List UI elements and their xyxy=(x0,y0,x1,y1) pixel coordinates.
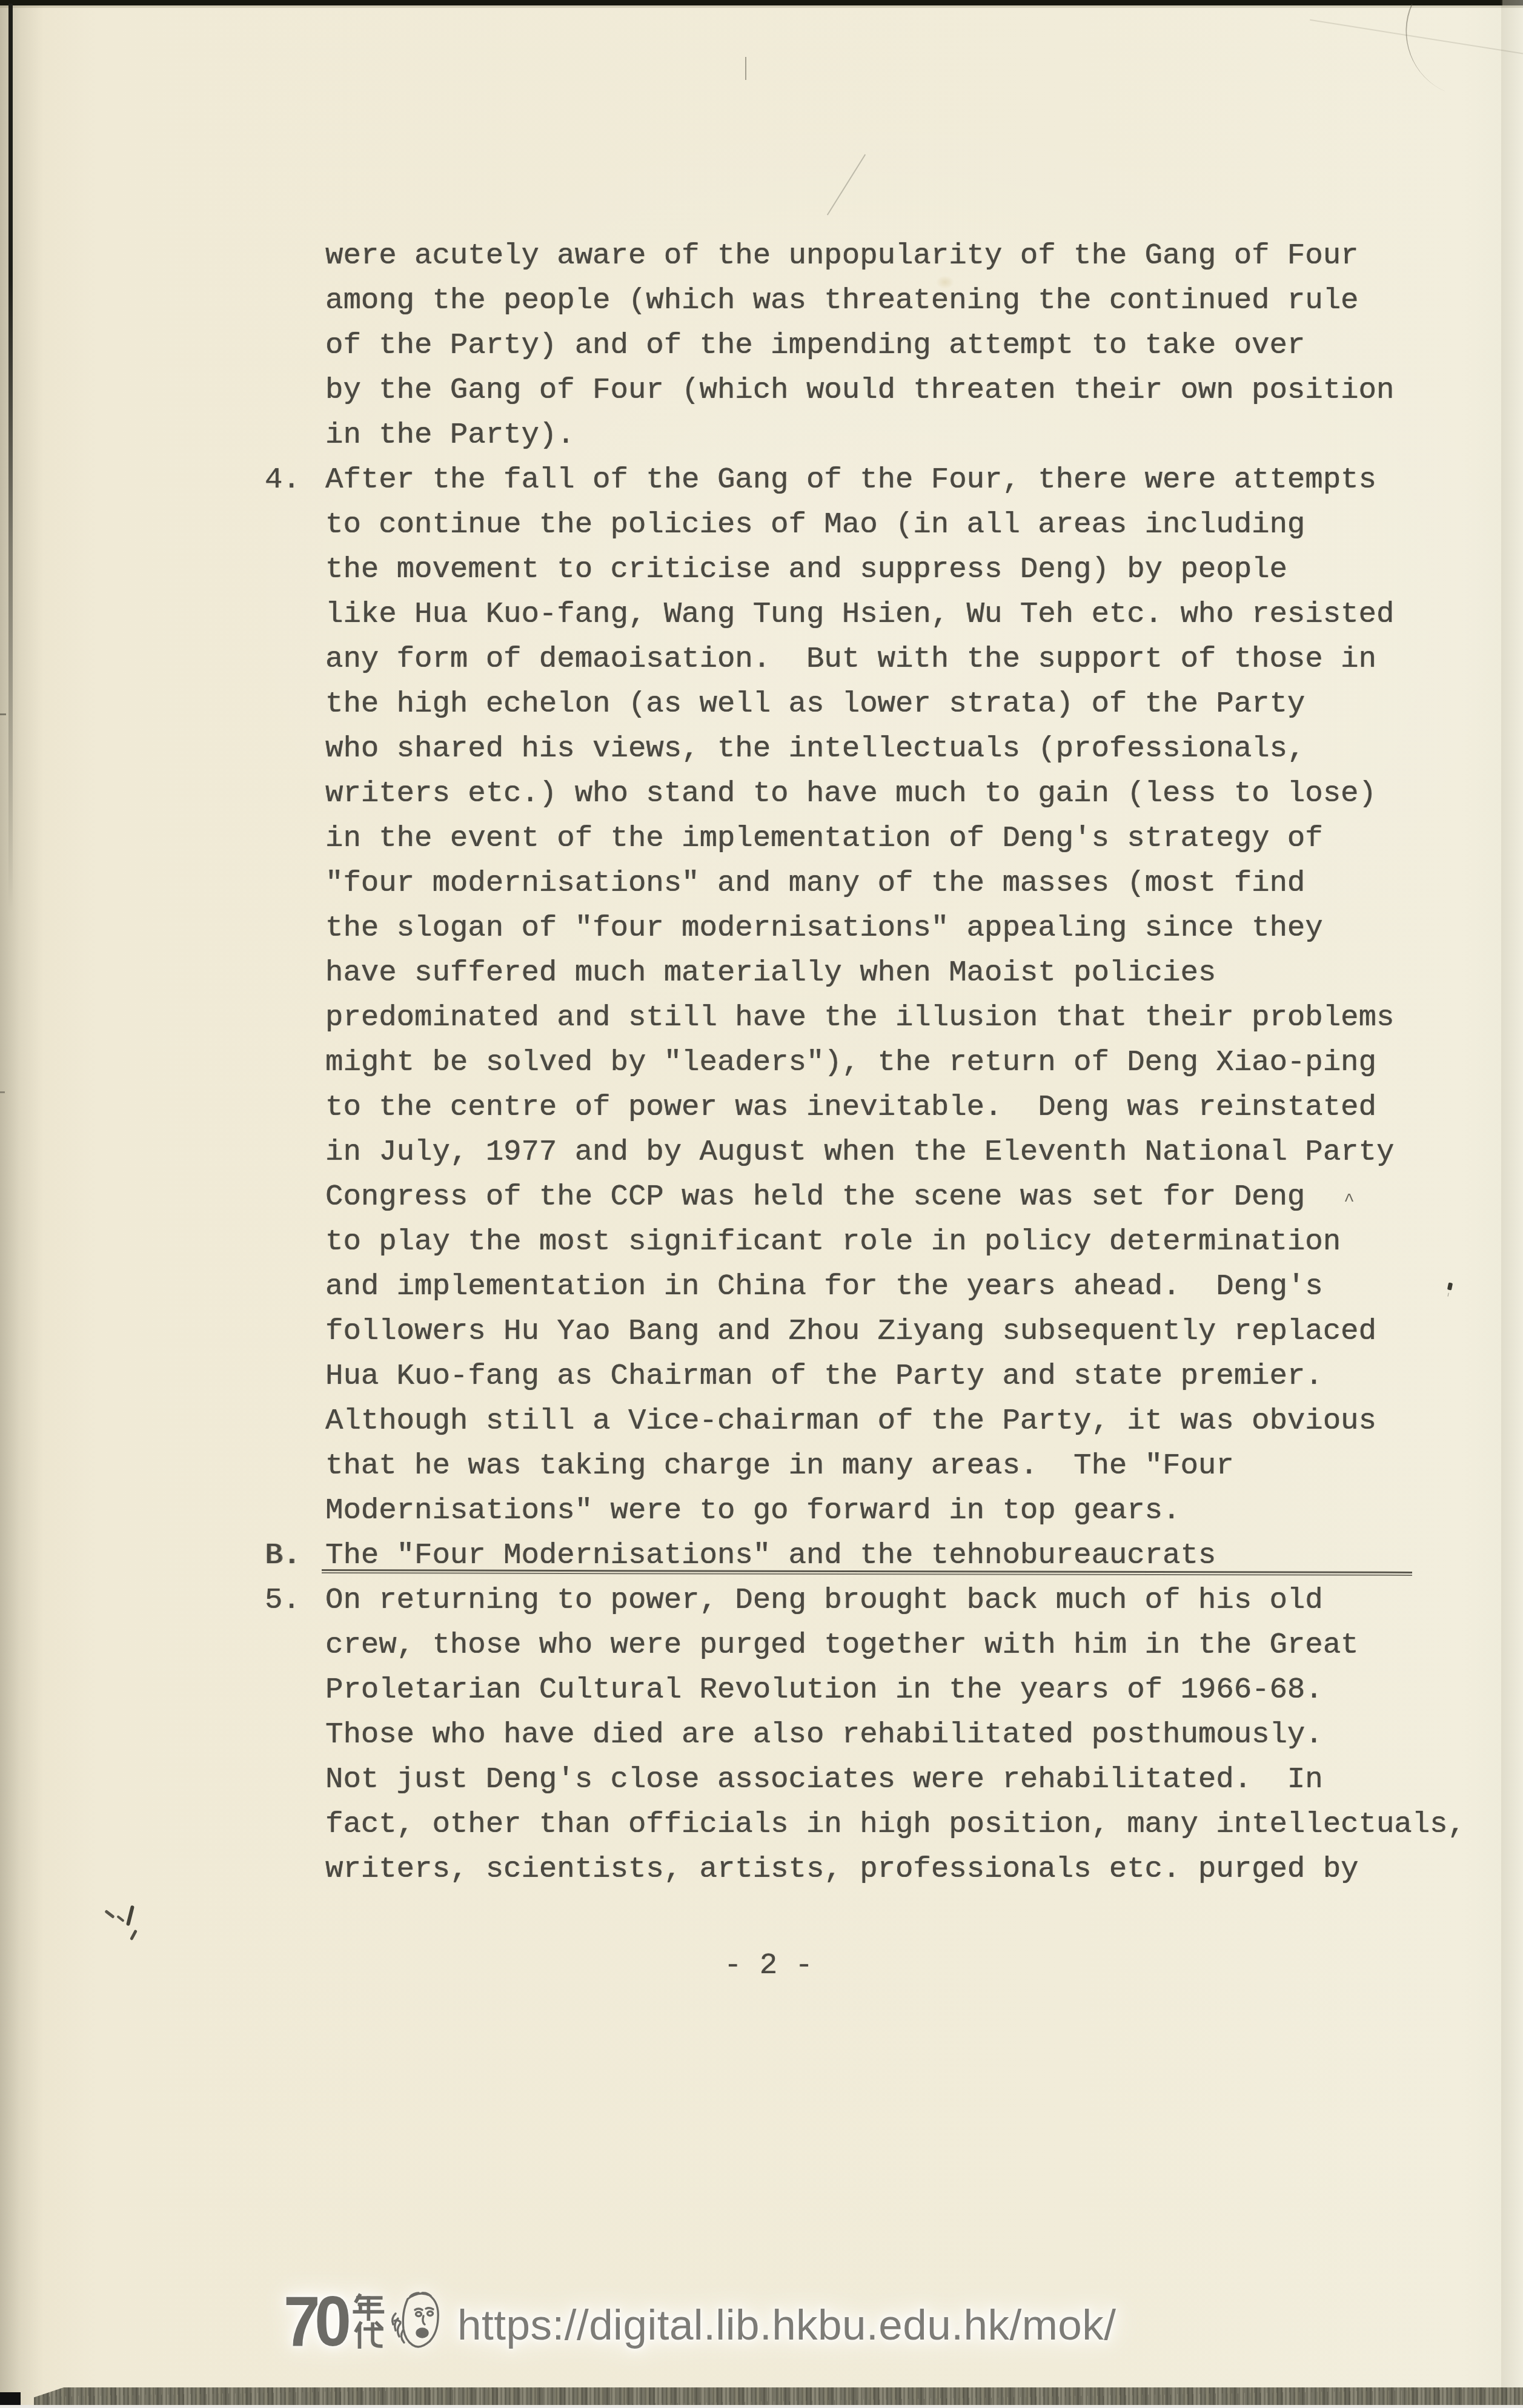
text-line: to continue the policies of Mao (in all … xyxy=(325,502,1523,547)
text-line: that he was taking charge in many areas.… xyxy=(325,1443,1523,1488)
paragraph: were acutely aware of the unpopularity o… xyxy=(325,233,1523,457)
text-line: writers etc.) who stand to have much to … xyxy=(325,771,1523,816)
text-line: in July, 1977 and by August when the Ele… xyxy=(325,1130,1523,1174)
paragraph: 4.After the fall of the Gang of the Four… xyxy=(325,457,1523,1533)
scan-bottom-strip xyxy=(34,2387,1523,2406)
text-line: Not just Deng's close associates were re… xyxy=(325,1757,1523,1802)
footer-url: https://digital.lib.hkbu.edu.hk/mok/ xyxy=(457,2304,1117,2347)
seventies-logo-number: 70 xyxy=(284,2294,345,2349)
text-line: Those who have died are also rehabilitat… xyxy=(325,1712,1523,1757)
scan-bottom-light xyxy=(0,2405,1523,2408)
typewritten-text: were acutely aware of the unpopularity o… xyxy=(325,233,1523,1891)
text-line: to play the most significant role in pol… xyxy=(325,1219,1523,1264)
paragraph: 5.On returning to power, Deng brought ba… xyxy=(325,1578,1523,1891)
list-marker: B. xyxy=(265,1533,300,1578)
text-line: the slogan of "four modernisations" appe… xyxy=(325,905,1523,950)
niandai-cjk-icon xyxy=(351,2293,386,2349)
text-line: Congress of the CCP was held the scene w… xyxy=(325,1174,1523,1219)
list-marker: 5. xyxy=(265,1578,300,1622)
left-edge-shadow xyxy=(0,0,44,2408)
left-scan-line xyxy=(8,4,13,912)
text-line: and implementation in China for the year… xyxy=(325,1264,1523,1309)
paper-top-edge-line xyxy=(0,5,1523,8)
text-line: crew, those who were purged together wit… xyxy=(325,1622,1523,1667)
text-line: among the people (which was threatening … xyxy=(325,278,1523,323)
text-line: The "Four Modernisations" and the tehnob… xyxy=(325,1533,1523,1578)
left-edge-tick xyxy=(0,1091,5,1093)
text-line: fact, other than officials in high posit… xyxy=(325,1802,1523,1847)
text-line: might be solved by "leaders"), the retur… xyxy=(325,1040,1523,1085)
scanned-document-page: ^ were acutely aware of the unpopularity… xyxy=(0,0,1523,2408)
text-line: "four modernisations" and many of the ma… xyxy=(325,861,1523,905)
text-line: Proletarian Cultural Revolution in the y… xyxy=(325,1667,1523,1712)
text-line: like Hua Kuo-fang, Wang Tung Hsien, Wu T… xyxy=(325,592,1523,637)
text-line: Hua Kuo-fang as Chairman of the Party an… xyxy=(325,1354,1523,1398)
text-line: in the event of the implementation of De… xyxy=(325,816,1523,861)
text-line: the high echelon (as well as lower strat… xyxy=(325,681,1523,726)
text-line: were acutely aware of the unpopularity o… xyxy=(325,233,1523,278)
watermark-footer: 70 xyxy=(284,2291,1117,2355)
text-line: in the Party). xyxy=(325,412,1523,457)
diagonal-scratch xyxy=(827,154,866,215)
margin-ink-mark xyxy=(126,1905,134,1926)
text-line: Although still a Vice-chairman of the Pa… xyxy=(325,1398,1523,1443)
text-line: any form of demaoisation. But with the s… xyxy=(325,637,1523,681)
text-line: have suffered much materially when Maois… xyxy=(325,950,1523,995)
text-line: writers, scientists, artists, profession… xyxy=(325,1847,1523,1891)
scan-bottom-corner xyxy=(0,2392,21,2406)
text-line: Modernisations" were to go forward in to… xyxy=(325,1488,1523,1533)
text-line: On returning to power, Deng brought back… xyxy=(325,1578,1523,1622)
margin-ink-mark xyxy=(116,1915,124,1922)
scan-top-edge xyxy=(0,0,1502,5)
vertical-scratch xyxy=(745,57,746,80)
margin-ink-mark xyxy=(104,1910,114,1919)
text-line: to the centre of power was inevitable. D… xyxy=(325,1085,1523,1130)
paragraph: B.The "Four Modernisations" and the tehn… xyxy=(325,1533,1523,1578)
text-line: the movement to criticise and suppress D… xyxy=(325,547,1523,592)
left-edge-tick xyxy=(0,713,6,715)
list-marker: 4. xyxy=(265,457,300,502)
text-line: followers Hu Yao Bang and Zhou Ziyang su… xyxy=(325,1309,1523,1354)
text-line: After the fall of the Gang of the Four, … xyxy=(325,457,1523,502)
text-line: of the Party) and of the impending attem… xyxy=(325,323,1523,368)
top-right-crease xyxy=(1384,4,1518,112)
text-line: predominated and still have the illusion… xyxy=(325,995,1523,1040)
page-number: - 2 - xyxy=(724,1943,813,1988)
margin-ink-mark xyxy=(130,1930,138,1940)
text-line: who shared his views, the intellectuals … xyxy=(325,726,1523,771)
face-stamp-icon xyxy=(387,2289,443,2355)
text-line: by the Gang of Four (which would threate… xyxy=(325,368,1523,412)
